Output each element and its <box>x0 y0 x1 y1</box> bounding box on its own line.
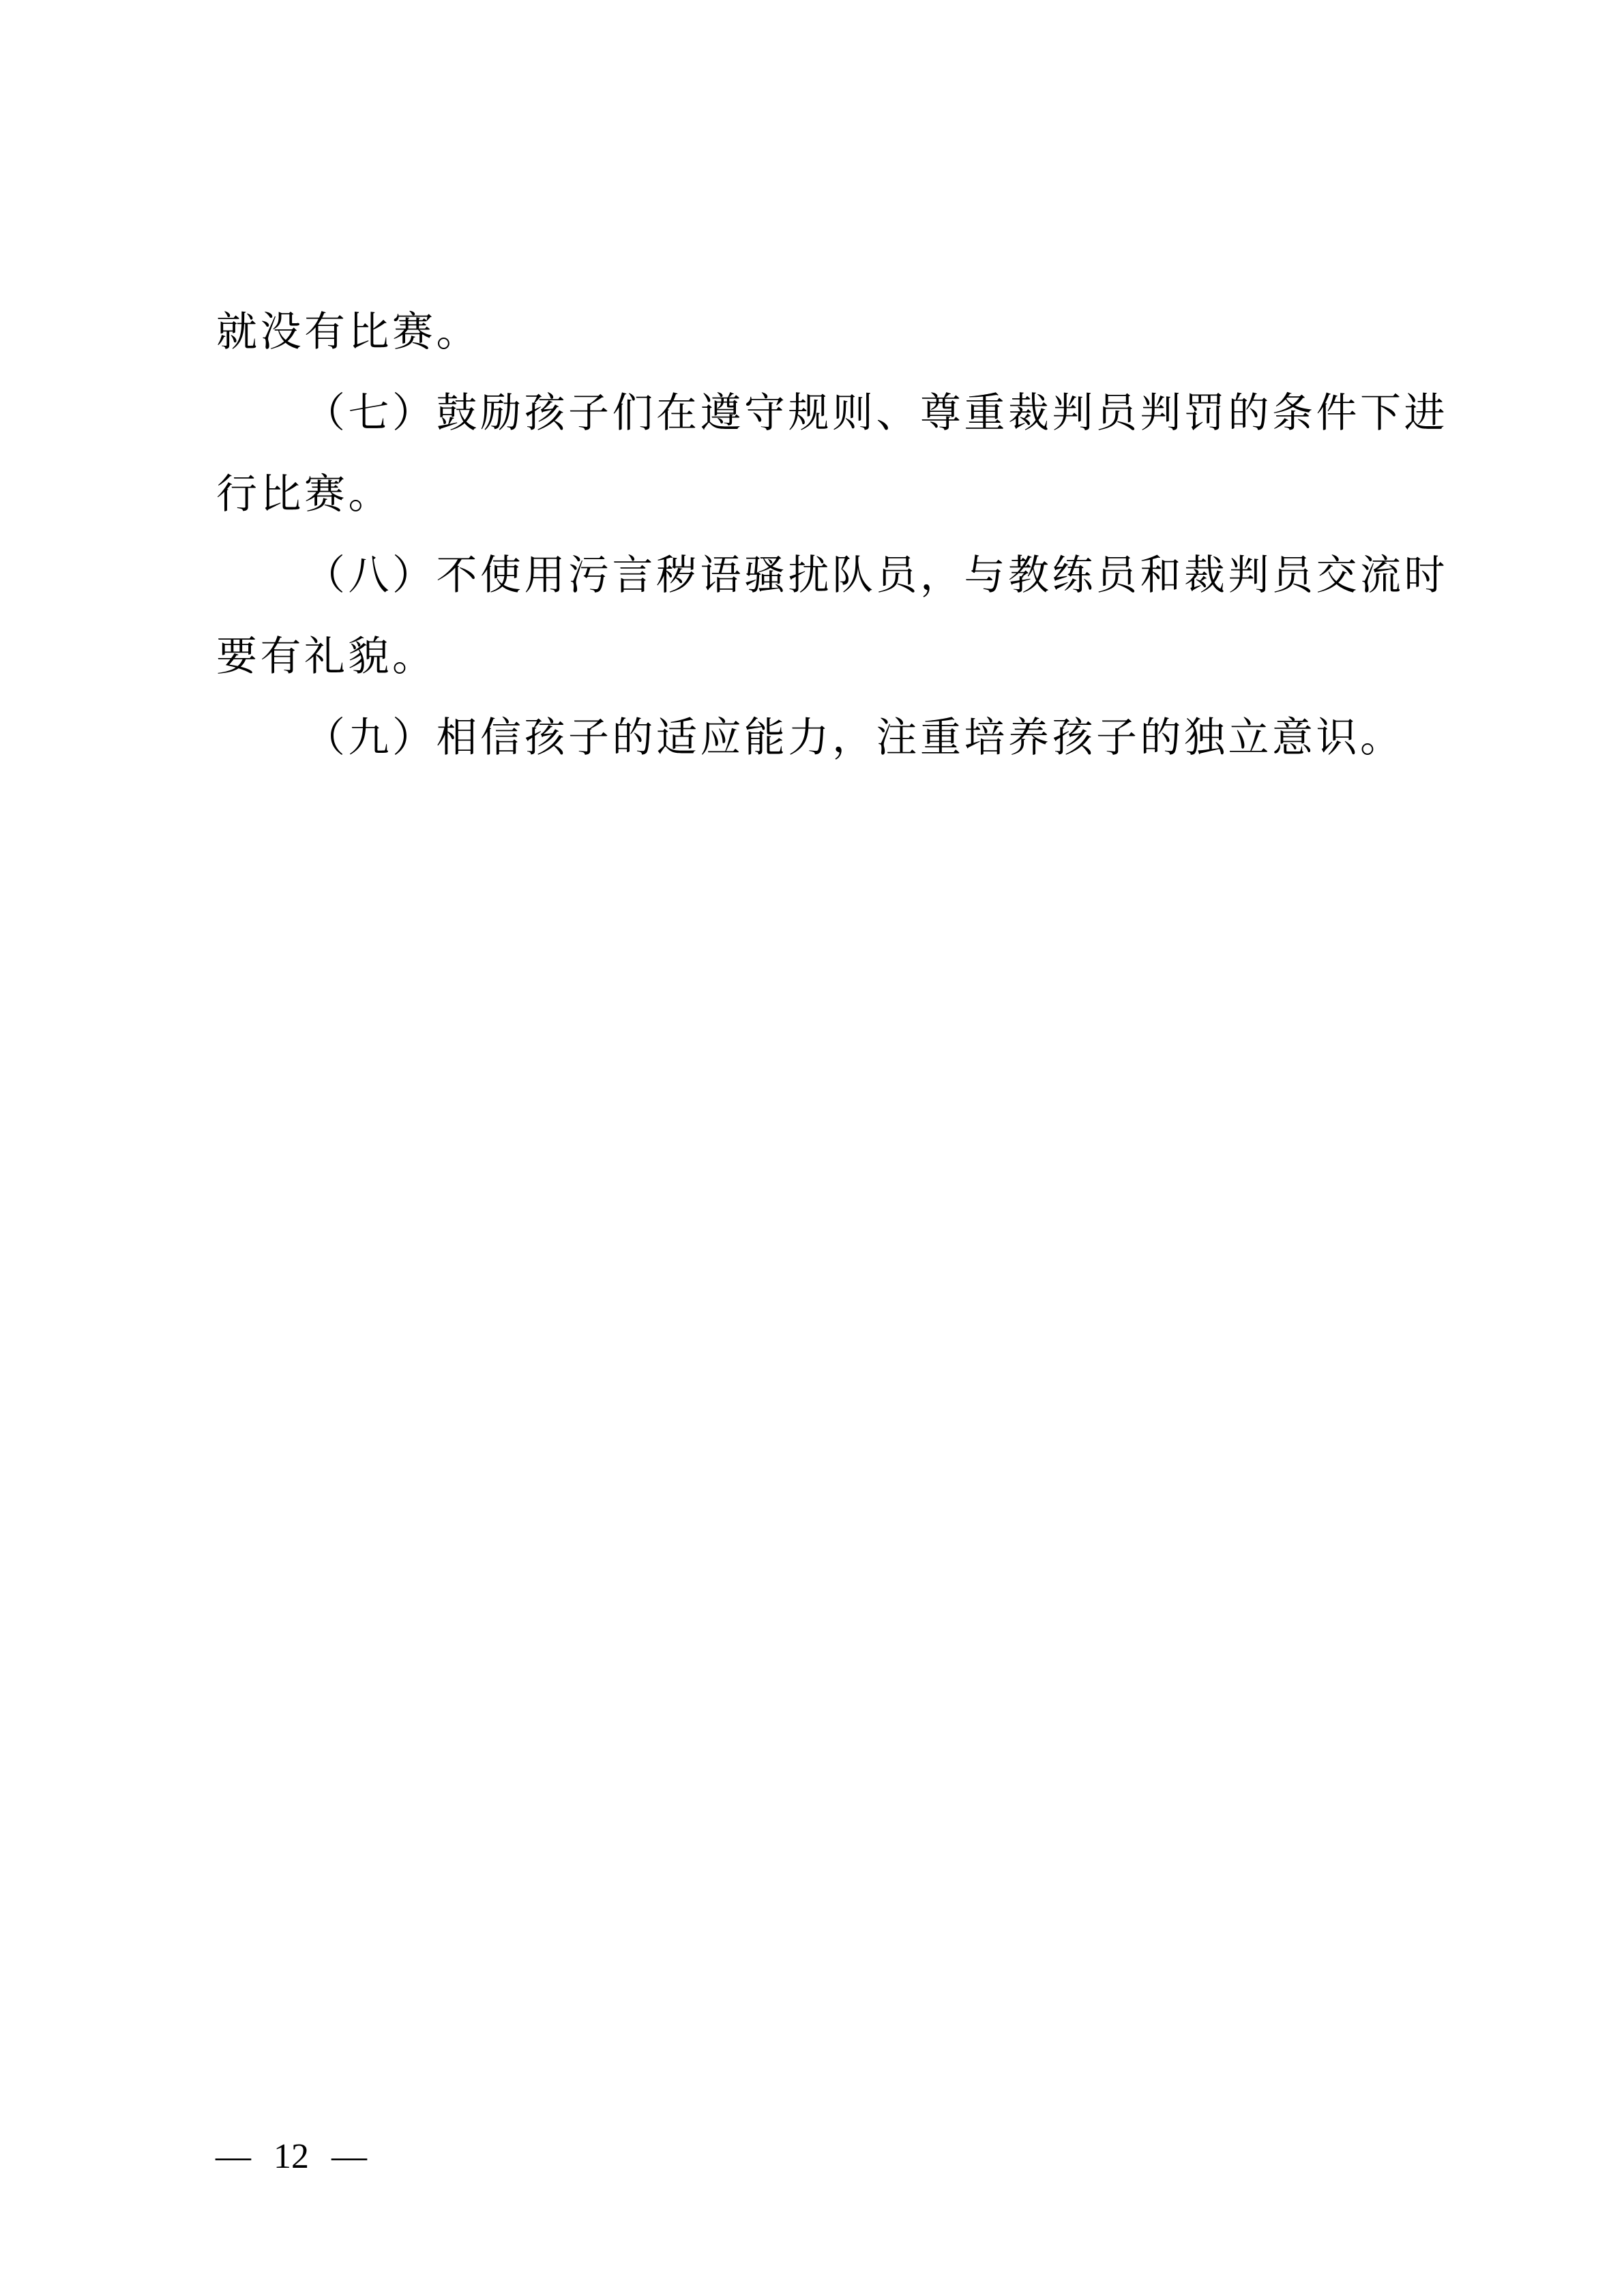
body-line-continuation-1: 就没有比赛。 <box>216 292 1448 373</box>
body-line-item-8: （八）不使用污言秽语骚扰队员，与教练员和裁判员交流时 <box>216 535 1448 616</box>
page-number-left-dash: — <box>216 2136 251 2177</box>
document-page: 就没有比赛。 （七）鼓励孩子们在遵守规则、尊重裁判员判罚的条件下进 行比赛。 （… <box>0 0 1624 2296</box>
page-number-value: 12 <box>274 2136 309 2177</box>
document-body: 就没有比赛。 （七）鼓励孩子们在遵守规则、尊重裁判员判罚的条件下进 行比赛。 （… <box>216 292 1448 779</box>
body-line-continuation-3: 要有礼貌。 <box>216 616 1448 698</box>
body-line-item-9: （九）相信孩子的适应能力，注重培养孩子的独立意识。 <box>216 698 1448 779</box>
page-number: — 12 — <box>216 2136 367 2177</box>
body-line-item-7: （七）鼓励孩子们在遵守规则、尊重裁判员判罚的条件下进 <box>216 373 1448 454</box>
page-number-right-dash: — <box>331 2136 367 2177</box>
body-line-continuation-2: 行比赛。 <box>216 454 1448 535</box>
